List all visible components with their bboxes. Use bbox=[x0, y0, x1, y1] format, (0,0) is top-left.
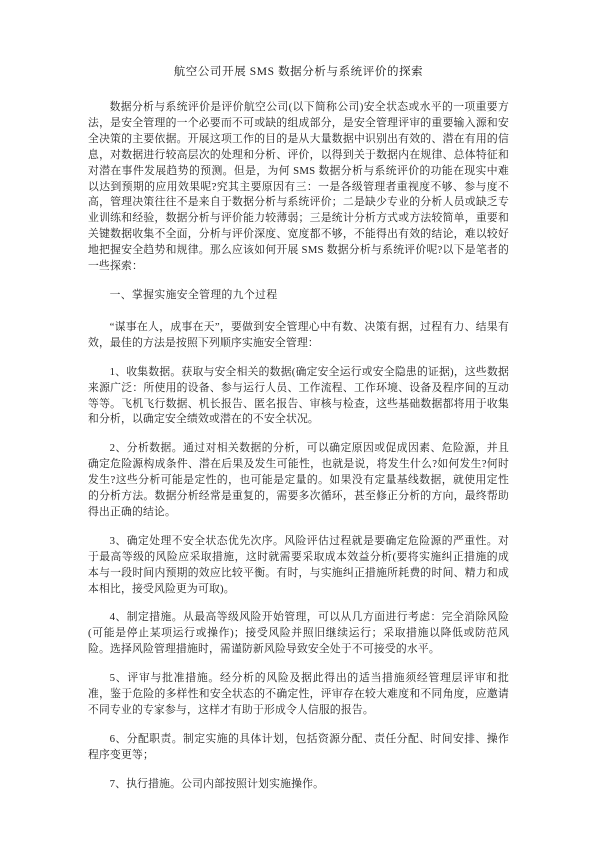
motto-paragraph: “谋事在人，成事在天”，要做到安全管理心中有数、决策有据，过程有力、结果有效，最… bbox=[88, 320, 509, 352]
step-6-assign-responsibilities: 6、分配职责。制定实施的具体计划，包括资源分配、责任分配、时间安排、操作程序变更… bbox=[88, 732, 509, 764]
document-page: 航空公司开展 SMS 数据分析与系统评价的探索 数据分析与系统评价是评价航空公司… bbox=[0, 0, 595, 842]
step-2-analyze-data: 2、分析数据。通过对相关数据的分析，可以确定原因或促成因素、危险源，并且确定危险… bbox=[88, 441, 509, 521]
document-title: 航空公司开展 SMS 数据分析与系统评价的探索 bbox=[88, 64, 509, 80]
section-heading-nine-processes: 一、掌握实施安全管理的九个过程 bbox=[88, 288, 509, 304]
step-1-collect-data: 1、收集数据。获取与安全相关的数据(确定安全运行或安全隐患的证据)，这些数据来源… bbox=[88, 365, 509, 429]
step-4-formulate-measures: 4、制定措施。从最高等级风险开始管理，可以从几方面进行考虑：完全消除风险(可能是… bbox=[88, 610, 509, 658]
step-7-execute-measures: 7、执行措施。公司内部按照计划实施操作。 bbox=[88, 777, 509, 793]
document-content: 航空公司开展 SMS 数据分析与系统评价的探索 数据分析与系统评价是评价航空公司… bbox=[88, 64, 509, 806]
step-5-review-approve-measures: 5、评审与批准措施。经分析的风险及据此得出的适当措施须经管理层评审和批准，鉴于危… bbox=[88, 671, 509, 719]
step-3-prioritize-unsafe-states: 3、确定处理不安全状态优先次序。风险评估过程就是要确定危险源的严重性。对于最高等… bbox=[88, 534, 509, 598]
intro-paragraph: 数据分析与系统评价是评价航空公司(以下简称公司)安全状态或水平的一项重要方法，是… bbox=[88, 100, 509, 275]
